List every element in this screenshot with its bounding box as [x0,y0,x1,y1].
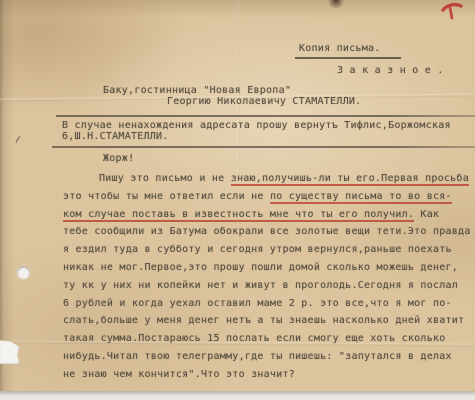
letter-body-line: нибудь.Читал твою телеграмму,где ты пише… [63,348,473,366]
recipient-name-line: Георгию Николаевичу СТАМАТЕЛЛИ. [167,96,361,107]
separator-rule-top [56,115,475,117]
letter-body-line: 6 рублей и когда уехал оставил маме 2 р.… [63,295,473,313]
typed-text: нибудь.Читал твою телеграмму,где ты пише… [63,351,452,362]
letter-body-line: это чтобы ты мне ответил если не по суще… [63,188,473,206]
return-address-line-1: В случае ненахождения адресата прошу вер… [62,120,451,131]
typed-text: это чтобы ты мне ответил если не [63,191,270,202]
copy-label-underline [295,57,401,59]
scan-background-bottom-edge [0,391,475,400]
letter-body-line: такая сумма.Постараюсь 15 послать если с… [63,330,473,348]
pencil-mark [15,135,29,148]
separator-rule-bottom [52,146,475,148]
red-underlined-text: по существу письма то во вся- [270,191,452,204]
letter-body-line: слать,больше у меня денег нетъ а ты знае… [63,312,473,330]
typed-text: Пишу это письмо и не [99,173,231,184]
punch-hole [17,266,30,279]
letter-body-line: никак не мог.Первое,это прошу пошли домо… [63,259,473,277]
typed-text: 6 рублей и когда уехал оставил маме 2 р.… [63,298,452,309]
typed-text: такая сумма.Постараюсь 15 послать если с… [63,333,446,344]
torn-edge-patch [0,340,20,364]
paper-edge-tear [328,0,344,9]
letter-body-line: ту кк у них ни копейки нет и живут в про… [63,277,473,295]
typed-text: слать,больше у меня денег нетъ а ты знае… [63,315,464,326]
letter-body-line: тебе сообщили из Батума обокрали все зол… [63,223,473,241]
return-address-line-2: 6,Ш.Н.СТАМАТЕЛЛИ. [62,131,169,142]
typed-text: тебе сообщили из Батума обокрали все зол… [63,226,471,237]
red-pencil-mark [441,2,463,20]
typed-text: не знаю чем кончится".Что это значит? [63,369,295,380]
greeting: Жорж! [103,153,134,164]
red-underlined-text: знаю,получишь-ли ты его.Первая просьба [231,173,469,186]
letter-body-line: ком случае поставь в известность мне что… [63,206,473,224]
typed-text: Как [414,209,439,220]
copy-of-letter-label: Копия письма. [299,43,381,54]
registered-mail-label: З а к а з н о е . [337,65,444,76]
recipient-address-line: Баку,гостинница "Новая Европа" [103,85,291,96]
typed-text: ту кк у них ни копейки нет и живут в про… [63,280,458,291]
letter-body-line: не знаю чем кончится".Что это значит? [63,366,473,384]
letter-body: Пишу это письмо и не знаю,получишь-ли ты… [63,170,473,384]
typed-text: никак не мог.Первое,это прошу пошли домо… [63,262,458,273]
typed-text: я ездил туда в субботу и сегодня утром в… [63,244,452,255]
letter-body-line: Пишу это письмо и не знаю,получишь-ли ты… [63,170,473,188]
letter-scan-sheet: Копия письма. З а к а з н о е . Баку,гос… [0,0,475,393]
letter-body-line: я ездил туда в субботу и сегодня утром в… [63,241,473,259]
red-underlined-text: ком случае поставь в известность мне что… [63,209,414,222]
